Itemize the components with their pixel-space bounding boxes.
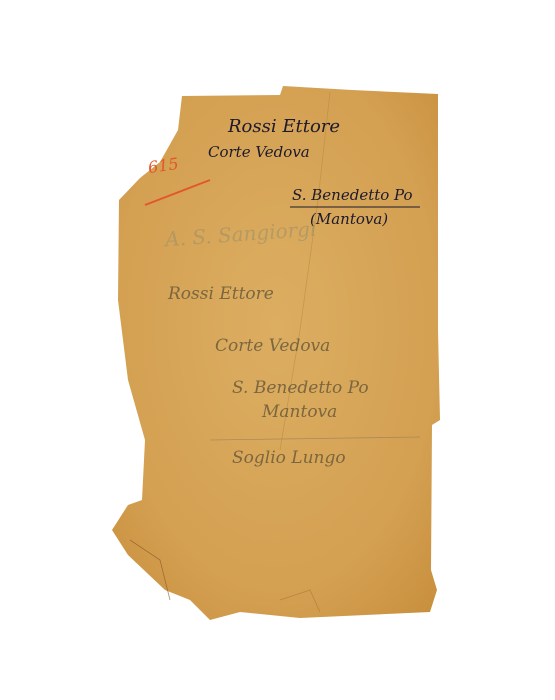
document-photo: 615 Rossi Ettore Corte Vedova S. Benedet… [0, 0, 555, 700]
pencil-address-line-5: Soglio Lungo [232, 448, 346, 468]
ink-address-line-4: (Mantova) [310, 210, 388, 228]
pencil-address-line-1: Rossi Ettore [168, 284, 274, 304]
ink-address-line-2: Corte Vedova [208, 143, 310, 161]
ink-address-line-1: Rossi Ettore [228, 116, 340, 137]
pencil-address-line-4: Mantova [262, 402, 337, 422]
ink-address-line-3: S. Benedetto Po [292, 186, 413, 204]
pencil-address-line-2: Corte Vedova [215, 336, 330, 356]
pencil-address-line-3: S. Benedetto Po [232, 378, 369, 398]
